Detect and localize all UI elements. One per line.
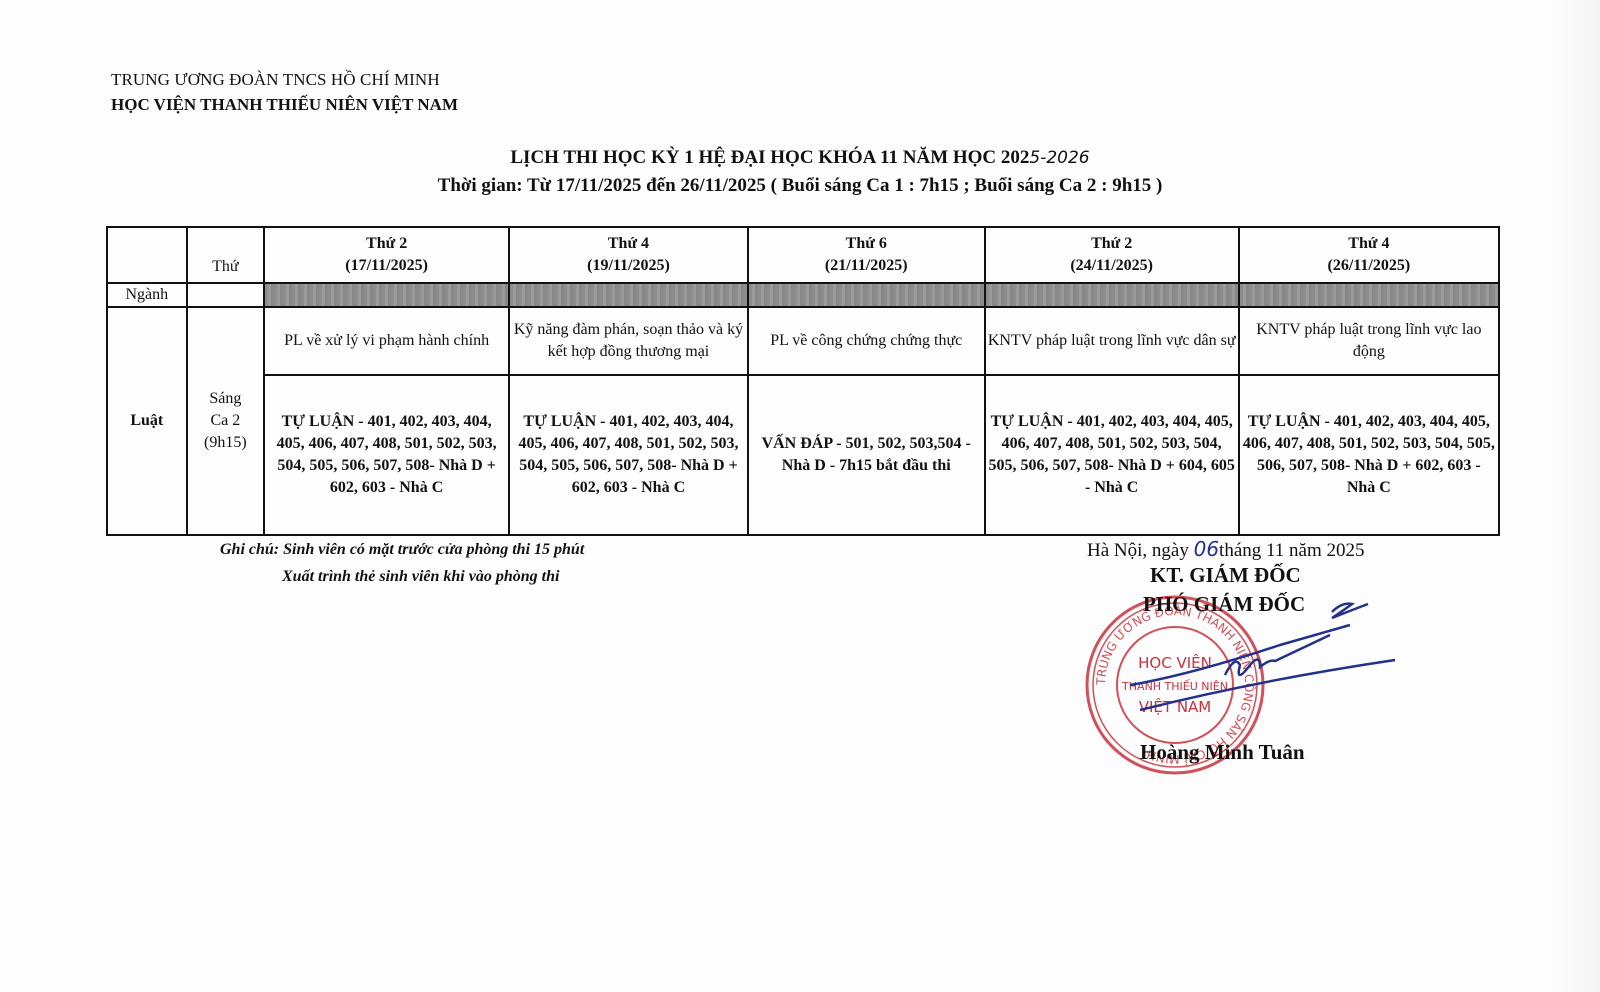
header-nganh: Ngành <box>107 283 187 307</box>
day-header: Thứ 2(24/11/2025) <box>985 227 1239 283</box>
room-cell: TỰ LUẬN - 401, 402, 403, 404, 405, 406, … <box>264 375 509 535</box>
org-parent: TRUNG ƯƠNG ĐOÀN TNCS HỒ CHÍ MINH <box>111 70 440 90</box>
subject-cell: PL về xử lý vi phạm hành chính <box>264 307 509 375</box>
day-header: Thứ 4(19/11/2025) <box>509 227 748 283</box>
signer-name: Hoàng Minh Tuân <box>1140 740 1305 765</box>
day-header: Thứ 4(26/11/2025) <box>1239 227 1499 283</box>
empty-cell <box>187 283 265 307</box>
subject-cell: PL về công chứng chứng thực <box>748 307 985 375</box>
date: (19/11/2025) <box>512 255 745 277</box>
subject-row: Luật Sáng Ca 2 (9h15) PL về xử lý vi phạ… <box>107 307 1499 375</box>
document-title: LỊCH THI HỌC KỲ 1 HỆ ĐẠI HỌC KHÓA 11 NĂM… <box>0 147 1600 169</box>
room-cell: TỰ LUẬN - 401, 402, 403, 404, 405, 406, … <box>1239 375 1499 535</box>
weekday: Thứ 2 <box>988 233 1236 255</box>
org-name: HỌC VIỆN THANH THIẾU NIÊN VIỆT NAM <box>111 95 458 115</box>
gray-band <box>1239 283 1499 307</box>
weekday: Thứ 4 <box>1242 233 1496 255</box>
gray-band <box>509 283 748 307</box>
date: (24/11/2025) <box>988 255 1236 277</box>
day-header: Thứ 6(21/11/2025) <box>748 227 985 283</box>
exam-schedule-table: Thứ Thứ 2(17/11/2025) Thứ 4(19/11/2025) … <box>106 226 1500 536</box>
subject-cell: KNTV pháp luật trong lĩnh vực dân sự <box>985 307 1239 375</box>
document-subtitle: Thời gian: Từ 17/11/2025 đến 26/11/2025 … <box>0 175 1600 197</box>
weekday: Thứ 6 <box>751 233 982 255</box>
room-cell: VẤN ĐÁP - 501, 502, 503,504 - Nhà D - 7h… <box>748 375 985 535</box>
session-cell: Sáng Ca 2 (9h15) <box>187 307 265 535</box>
major-cell: Luật <box>107 307 187 535</box>
handwritten-signature-icon <box>1100 580 1420 750</box>
subject-cell: Kỹ năng đàm phán, soạn thảo và ký kết hợ… <box>509 307 748 375</box>
gray-band <box>748 283 985 307</box>
date: (26/11/2025) <box>1242 255 1496 277</box>
gray-band <box>264 283 509 307</box>
header-thu: Thứ <box>187 227 265 283</box>
handwritten-day: 06 <box>1194 537 1219 561</box>
signing-date: Hà Nội, ngày 06tháng 11 năm 2025 <box>1087 537 1365 562</box>
room-cell: TỰ LUẬN - 401, 402, 403, 404, 405, 406, … <box>509 375 748 535</box>
subject-cell: KNTV pháp luật trong lĩnh vực lao động <box>1239 307 1499 375</box>
rooms-row: TỰ LUẬN - 401, 402, 403, 404, 405, 406, … <box>107 375 1499 535</box>
corner-cell <box>107 227 187 283</box>
header-row: Thứ Thứ 2(17/11/2025) Thứ 4(19/11/2025) … <box>107 227 1499 283</box>
date-prefix: Hà Nội, ngày <box>1087 540 1194 561</box>
date-suffix: tháng 11 năm 2025 <box>1219 540 1364 561</box>
gray-band <box>985 283 1239 307</box>
date: (21/11/2025) <box>751 255 982 277</box>
note-line-2: Xuất trình thẻ sinh viên khi vào phòng t… <box>282 568 559 586</box>
nganh-row: Ngành <box>107 283 1499 307</box>
date: (17/11/2025) <box>267 255 506 277</box>
handwritten-year: 5-2026 <box>1029 148 1089 168</box>
room-cell: TỰ LUẬN - 401, 402, 403, 404, 405, 406, … <box>985 375 1239 535</box>
weekday: Thứ 2 <box>267 233 506 255</box>
day-header: Thứ 2(17/11/2025) <box>264 227 509 283</box>
note-line-1: Ghi chú: Sinh viên có mặt trước cửa phòn… <box>220 541 584 559</box>
weekday: Thứ 4 <box>512 233 745 255</box>
title-text: LỊCH THI HỌC KỲ 1 HỆ ĐẠI HỌC KHÓA 11 NĂM… <box>510 147 1029 168</box>
